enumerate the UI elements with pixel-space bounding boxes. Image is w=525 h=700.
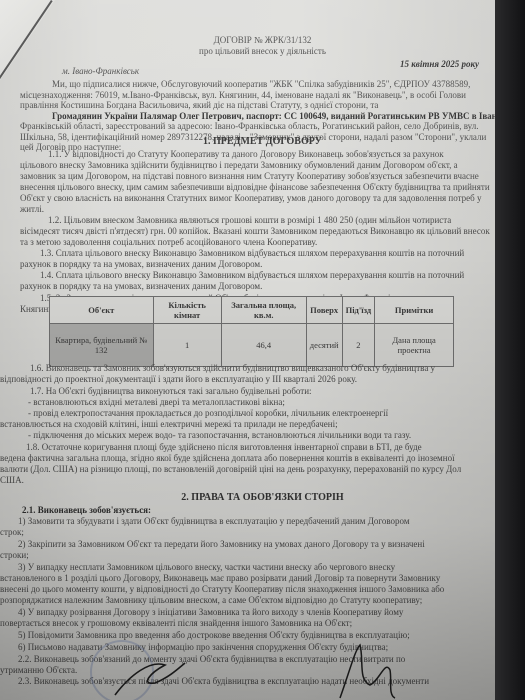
para-1-1-line: внесення цільового внеску, цим самим заб… <box>20 182 490 193</box>
signature-scribble <box>110 655 190 700</box>
preamble-line: Громадянин України Палямар Олег Петрович… <box>52 111 504 122</box>
table-header-cell: Поверх <box>306 297 342 324</box>
para-1-8-line: 1.8. Остаточне коригування площі буде зд… <box>26 442 422 453</box>
table-header-cell: Під'їзд <box>342 297 375 324</box>
table-cell: 46,4 <box>221 324 306 367</box>
para-1-2-line: 1.2. Цільовим внеском Замовника являютьс… <box>48 215 451 226</box>
para-1-1-line: цільового внеску Замовника здійснити буд… <box>20 160 458 171</box>
preamble-line: правління Костишина Богдана Васильовича,… <box>20 100 378 111</box>
para-1-7-intro: 1.7. На Об'єкті будівництва виконуються … <box>30 386 312 397</box>
para-2-2-line: утриманню Об'єкта. <box>0 665 77 676</box>
para-1-3-line: рахунок в порядку та на умовах, визначен… <box>20 259 262 270</box>
section-1-heading: 1. ПРЕДМЕТ ДОГОВОРУ <box>0 136 525 147</box>
preamble-line: місцезнаходження: 76019, м.Івано-Франків… <box>20 90 466 101</box>
works-list-item: - провід електропостачання прокладається… <box>28 408 388 419</box>
table-cell: 2 <box>342 324 375 367</box>
para-1-4-line: 1.4. Сплата цільового внеску Виконавцю З… <box>40 270 464 281</box>
contract-date: 15 квітня 2025 року <box>400 59 479 70</box>
obligation-item-line: 2) Закріпити за Замовником Об'єкт та пер… <box>18 539 425 550</box>
para-1-1-line: замовник за цим Договором, на підставі п… <box>20 171 479 182</box>
para-1-6-line: відповідності до проектної документації … <box>0 374 357 385</box>
section-2-heading: 2. ПРАВА ТА ОБОВ'ЯЗКИ СТОРІН <box>0 492 525 503</box>
para-1-2-line: вісімдесят тисяч двісті п'ятдесят) грн. … <box>20 226 490 237</box>
contract-city: м. Івано-Франківськ <box>62 66 139 77</box>
para-1-1-line: 1.1. У відповідності до Статуту Кооперат… <box>48 149 444 160</box>
obligation-item-line: строк; <box>0 527 24 538</box>
background-edge <box>495 0 525 700</box>
works-list-item: - підключення до міських мереж водо- та … <box>28 430 411 441</box>
table-header-cell: Загальна площа, кв.м. <box>221 297 306 324</box>
table-header-cell: Кількість кімнат <box>153 297 221 324</box>
obligation-item-line: внесені до цього моменту кошти, у відпов… <box>0 584 444 595</box>
table-cell: Дана площа проектна <box>375 324 454 367</box>
table-cell: Квартира, будівельний № 132 <box>50 324 154 367</box>
obligation-item-line: 4) У випадку розірвання Договору з ініці… <box>18 607 403 618</box>
contract-number: ДОГОВІР № ЖРК/31/132 <box>0 35 525 46</box>
signature-scribble-2 <box>330 640 410 700</box>
table-cell: 1 <box>153 324 221 367</box>
table-cell: десятий <box>306 324 342 367</box>
para-1-1-line: Об'єкт у свою власність на виконання Ста… <box>20 193 482 204</box>
works-list-item: - встановлюються вхідні металеві двері т… <box>28 397 285 408</box>
obligation-item-line: повертається внесок у грошовому еквівале… <box>0 618 352 629</box>
obligation-item-line: встановленого в 1 розділі цього Договору… <box>0 573 440 584</box>
para-1-4-line: рахунок в порядку та на умовах, визначен… <box>20 281 262 292</box>
section-2-1-title: 2.1. Виконавець зобов'язується: <box>22 505 151 516</box>
para-1-1-line: житлі. <box>20 204 44 215</box>
table-row: Квартира, будівельний № 132146,4десятий2… <box>50 324 454 367</box>
obligation-item-line: 1) Замовити та збудувати і здати Об'єкт … <box>18 516 410 527</box>
works-list-item: встановлюється на сходовій клітині, інші… <box>0 419 338 430</box>
para-1-3-line: 1.3. Сплата цільового внеску Виконавцю З… <box>40 248 464 259</box>
para-1-2-line: та з метою задоволення соціальних потреб… <box>20 237 317 248</box>
obligation-item-line: строки; <box>0 550 29 561</box>
preamble-line: Ми, що підписалися нижче, Обслуговуючий … <box>52 79 470 90</box>
para-1-8-line: ведена фактична загальна площа, згідно я… <box>0 453 455 464</box>
obligation-item-line: розпоряджатися належним Замовнику цільов… <box>0 595 422 606</box>
para-1-8-line: валюти (Дол. США) на різницю площі, по в… <box>0 464 461 475</box>
contract-page: ДОГОВІР № ЖРК/31/132 про цільовий внесок… <box>0 0 500 700</box>
preamble-line: Франківській області, зареєстрований за … <box>20 121 479 132</box>
table-header-cell: Примітки <box>375 297 454 324</box>
table-header-cell: Об'єкт <box>50 297 154 324</box>
para-1-8-line: США. <box>0 475 24 486</box>
contract-subtitle: про цільовий внесок у діяльність <box>0 46 525 57</box>
obligation-item-line: 3) У випадку несплати Замовником цільово… <box>18 562 395 573</box>
para-1-6-line: 1.6. Виконавець та Замовник зобов'язують… <box>30 363 435 374</box>
object-table: Об'єктКількість кімнатЗагальна площа, кв… <box>49 296 454 367</box>
